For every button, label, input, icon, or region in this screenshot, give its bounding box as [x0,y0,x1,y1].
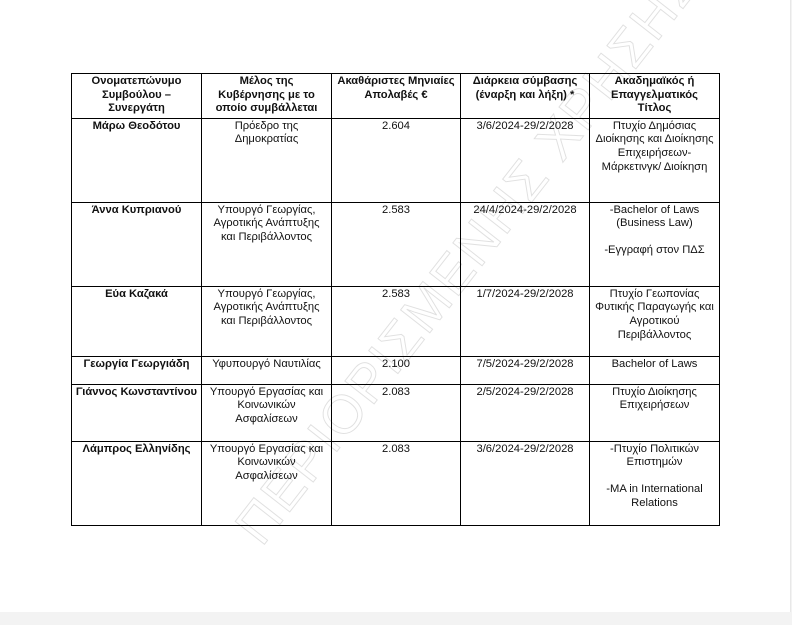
cell-duration: 1/7/2024-29/2/2028 [461,286,590,356]
table-row: Γεωργία ΓεωργιάδηΥφυπουργό Ναυτιλίας2.10… [72,356,720,384]
document-page: Ονοματεπώνυμο Συμβούλου – Συνεργάτη Μέλο… [0,0,791,612]
cell-duration: 3/6/2024-29/2/2028 [461,118,590,202]
title-entry: -Πτυχίο Πολιτικών Επιστημών [593,443,716,470]
cell-duration: 24/4/2024-29/2/2028 [461,202,590,286]
cell-member: Υφυπουργό Ναυτιλίας [202,356,332,384]
title-entry: Bachelor of Laws [593,358,716,372]
cell-member: Πρόεδρο της Δημοκρατίας [202,118,332,202]
cell-duration: 2/5/2024-29/2/2028 [461,384,590,441]
cell-title: Πτυχίο Διοίκησης Επιχειρήσεων [590,384,720,441]
table-header-row: Ονοματεπώνυμο Συμβούλου – Συνεργάτη Μέλο… [72,74,720,119]
cell-title: Πτυχίο Δημόσιας Διοίκησης και Διοίκησης … [590,118,720,202]
title-entry: Πτυχίο Δημόσιας Διοίκησης και Διοίκησης … [593,120,716,174]
cell-salary: 2.583 [332,286,461,356]
cell-member: Υπουργό Εργασίας και Κοινωνικών Ασφαλίσε… [202,384,332,441]
title-entry: -Bachelor of Laws (Business Law) [593,204,716,231]
cell-salary: 2.583 [332,202,461,286]
cell-salary: 2.604 [332,118,461,202]
advisors-table: Ονοματεπώνυμο Συμβούλου – Συνεργάτη Μέλο… [71,73,720,526]
cell-title: -Bachelor of Laws (Business Law)-Εγγραφή… [590,202,720,286]
cell-duration: 3/6/2024-29/2/2028 [461,441,590,525]
table-row: Εύα ΚαζακάΥπουργό Γεωργίας, Αγροτικής Αν… [72,286,720,356]
cell-title: -Πτυχίο Πολιτικών Επιστημών-MA in Intern… [590,441,720,525]
table-row: Λάμπρος ΕλληνίδηςΥπουργό Εργασίας και Κο… [72,441,720,525]
cell-name: Άννα Κυπριανού [72,202,202,286]
cell-name: Γεωργία Γεωργιάδη [72,356,202,384]
title-entry: Πτυχίο Γεωπονίας Φυτικής Παραγωγής και Α… [593,288,716,342]
title-entry: -MA in International Relations [593,483,716,510]
table-row: Μάρω ΘεοδότουΠρόεδρο της Δημοκρατίας2.60… [72,118,720,202]
header-title: Ακαδημαϊκός ή Επαγγελματικός Τίτλος [590,74,720,119]
header-name: Ονοματεπώνυμο Συμβούλου – Συνεργάτη [72,74,202,119]
header-salary: Ακαθάριστες Μηνιαίες Απολαβές € [332,74,461,119]
cell-salary: 2.100 [332,356,461,384]
header-duration: Διάρκεια σύμβασης (έναρξη και λήξη) * [461,74,590,119]
cell-title: Πτυχίο Γεωπονίας Φυτικής Παραγωγής και Α… [590,286,720,356]
cell-name: Λάμπρος Ελληνίδης [72,441,202,525]
table-row: Γιάννος ΚωνσταντίνουΥπουργό Εργασίας και… [72,384,720,441]
cell-member: Υπουργό Γεωργίας, Αγροτικής Ανάπτυξης κα… [202,286,332,356]
title-entry: -Εγγραφή στον ΠΔΣ [593,244,716,258]
cell-duration: 7/5/2024-29/2/2028 [461,356,590,384]
cell-member: Υπουργό Γεωργίας, Αγροτικής Ανάπτυξης κα… [202,202,332,286]
table-row: Άννα ΚυπριανούΥπουργό Γεωργίας, Αγροτική… [72,202,720,286]
cell-name: Μάρω Θεοδότου [72,118,202,202]
cell-name: Εύα Καζακά [72,286,202,356]
cell-name: Γιάννος Κωνσταντίνου [72,384,202,441]
cell-title: Bachelor of Laws [590,356,720,384]
header-member: Μέλος της Κυβέρνησης με το οποίο συμβάλλ… [202,74,332,119]
cell-member: Υπουργό Εργασίας και Κοινωνικών Ασφαλίσε… [202,441,332,525]
cell-salary: 2.083 [332,441,461,525]
cell-salary: 2.083 [332,384,461,441]
title-entry: Πτυχίο Διοίκησης Επιχειρήσεων [593,386,716,413]
